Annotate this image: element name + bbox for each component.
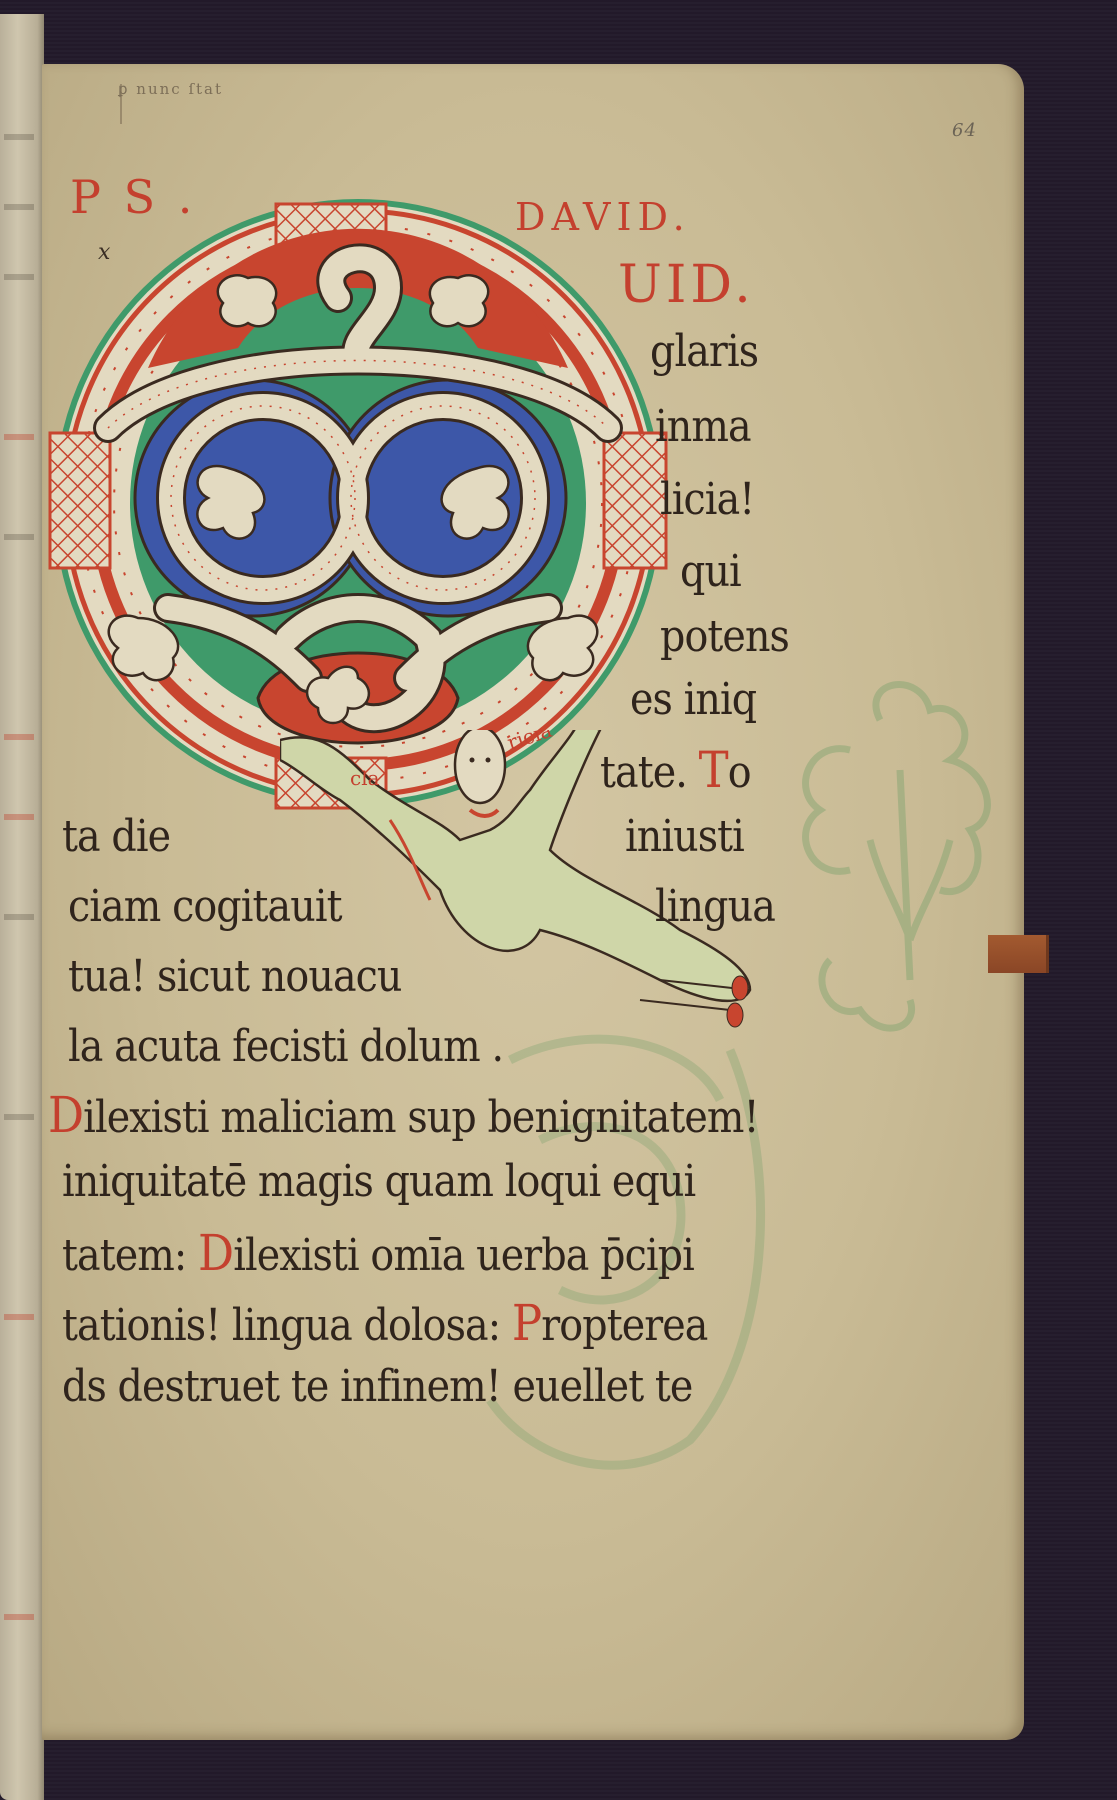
text-line: licia! bbox=[660, 478, 754, 522]
top-marginal-note: ꝑ nunc ſtat bbox=[118, 80, 223, 98]
text-line: es iniq bbox=[630, 678, 756, 722]
text-line: la acuta fecisti dolum . bbox=[68, 1025, 503, 1069]
text-line: tua! sicut nouacu bbox=[68, 955, 402, 999]
folio-number: 64 bbox=[952, 120, 977, 141]
text-line: tationis! lingua dolosa: Propterea bbox=[62, 1298, 708, 1348]
text-line: tatem: Dilexisti omīa uerba p̄cipi bbox=[62, 1228, 694, 1278]
text-line: tate. To bbox=[600, 745, 751, 795]
text-line: inma bbox=[655, 405, 751, 449]
text-line: iniquitatē magis quam loqui equi bbox=[62, 1160, 695, 1204]
facing-page-edge bbox=[0, 14, 44, 1800]
decorated-initial-q bbox=[48, 198, 668, 818]
banner-text-left: cla bbox=[350, 766, 380, 790]
text-line: ds destruet te infinem! euellet te bbox=[62, 1365, 692, 1409]
text-line: qui bbox=[680, 550, 741, 594]
text-line: Dilexisti maliciam sup benignitatem! bbox=[48, 1090, 759, 1140]
text-line: ta die bbox=[62, 815, 170, 859]
text-line: lingua bbox=[655, 885, 775, 929]
text-line: glaris bbox=[650, 330, 758, 374]
text-line: ciam cogitauit bbox=[68, 885, 342, 929]
text-line: iniusti bbox=[625, 815, 744, 859]
text-line: potens bbox=[660, 615, 789, 659]
banner-text-right: ricia bbox=[504, 730, 555, 755]
